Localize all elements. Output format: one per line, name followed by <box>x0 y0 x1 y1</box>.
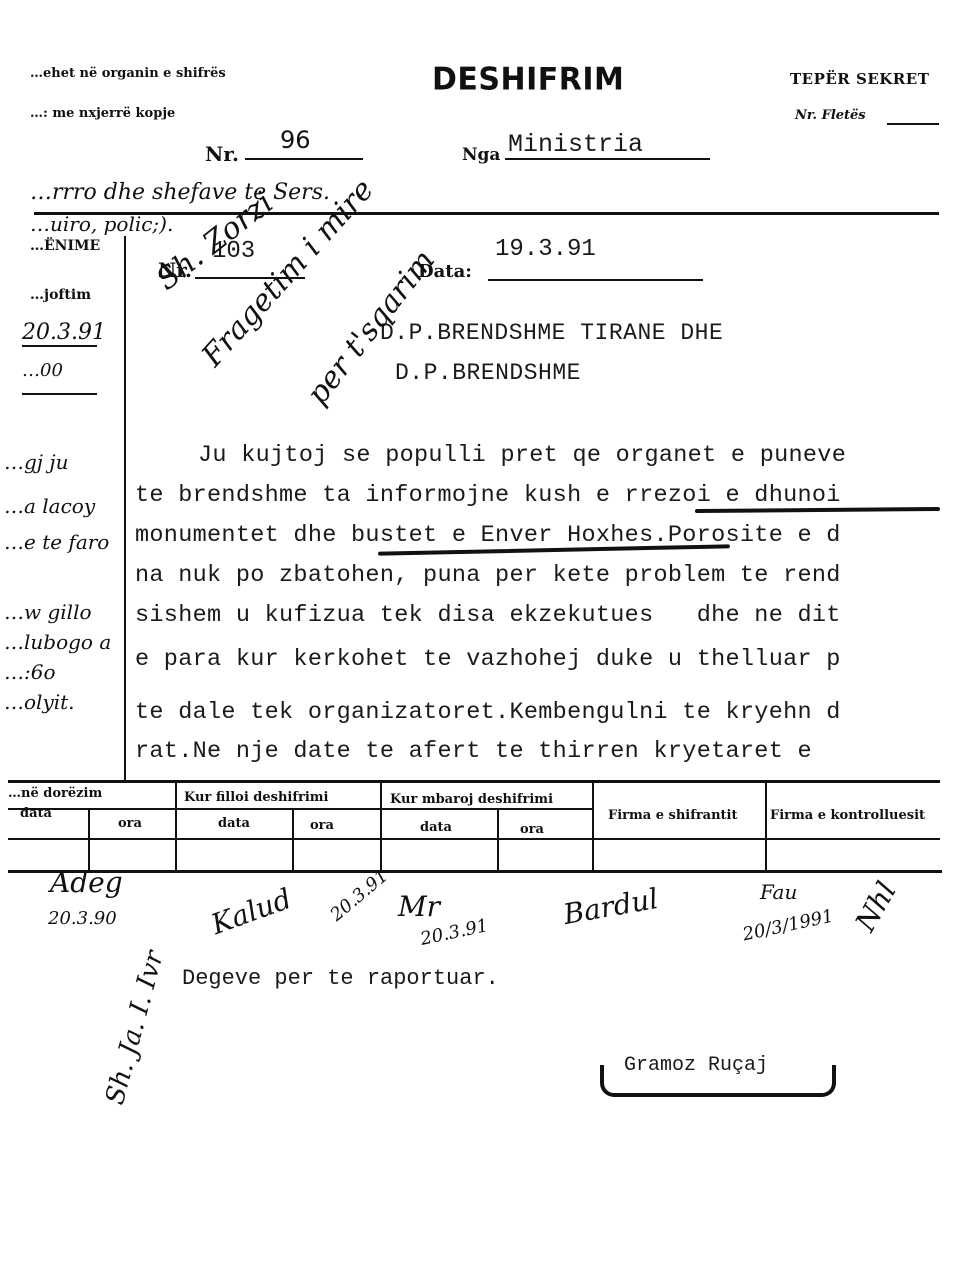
table-col-divider <box>765 782 767 872</box>
table-subheader-date: data <box>218 816 250 831</box>
body-line: e para kur kerkohet te vazhohej duke u t… <box>135 646 841 673</box>
notification-time: …00 <box>22 360 63 381</box>
left-panel-divider <box>124 236 126 780</box>
message-date-value: 19.3.91 <box>495 236 596 263</box>
table-header-end: Kur mbaroj deshifrimi <box>390 792 553 807</box>
margin-note: …gj ju <box>4 450 68 474</box>
margin-note: …lubogo a <box>4 630 111 654</box>
outer-number-underline <box>245 158 363 160</box>
handwritten-signoff: Sh. Ja. I. Ivr <box>100 948 170 1108</box>
table-subheader-date: data <box>420 820 452 835</box>
recipient-line-1: D.P.BRENDSHME TIRANE DHE <box>380 320 723 346</box>
body-line: na nuk po zbatohen, puna per kete proble… <box>135 562 841 589</box>
table-col-divider <box>175 782 177 872</box>
message-date-underline <box>488 279 703 281</box>
body-line: te dale tek organizatoret.Kembengulni te… <box>135 699 841 726</box>
signature-1: Adeg <box>50 866 123 899</box>
notification-time-underline <box>22 393 97 395</box>
margin-note: …a lacoy <box>4 494 95 518</box>
table-header-border <box>8 838 940 840</box>
signature-6: Nhl <box>849 876 903 937</box>
notification-date: 20.3.91 <box>22 320 106 345</box>
from-value: Ministria <box>508 130 643 159</box>
handwritten-underline-1 <box>695 507 940 513</box>
table-col-divider <box>497 808 499 872</box>
notification-label: …joftim <box>30 287 91 303</box>
instruction-line-1: …ehet në organin e shifrës <box>30 66 226 81</box>
handwritten-note-top-1: …rrro dhe shefave te Sers. <box>30 180 330 205</box>
margin-note: …:6o <box>4 660 56 684</box>
instruction-line-2: …: me nxjerrë kopje <box>30 106 175 121</box>
margin-note: …e te faro <box>4 530 109 554</box>
outer-number-value: 96 <box>280 126 311 154</box>
margin-note: …olyit. <box>4 690 75 714</box>
table-col-divider <box>88 808 90 872</box>
table-subheader-time: ora <box>118 816 142 831</box>
table-top-border <box>8 780 940 783</box>
body-line: te brendshme ta informojne kush e rrezoi… <box>135 482 841 509</box>
table-bottom-border <box>8 870 942 873</box>
signature-5: Fau <box>760 880 797 904</box>
handwritten-note-top-2: …uiro, polic;). <box>30 212 173 236</box>
table-col-divider <box>592 782 594 872</box>
table-header-start: Kur filloi deshifrimi <box>184 790 328 805</box>
body-line: sishem u kufizua tek disa ekzekutues dhe… <box>135 602 841 629</box>
table-col-divider <box>380 782 382 872</box>
signature-5-date: 20/3/1991 <box>741 906 836 946</box>
table-header-cipher-signature: Firma e shifrantit <box>608 808 738 823</box>
table-col-divider <box>292 808 294 872</box>
outer-number-label: Nr. <box>205 142 239 166</box>
body-line: monumentet dhe bustet e Enver Hoxhes.Por… <box>135 522 841 549</box>
signature-1-date: 20.3.90 <box>48 908 117 929</box>
table-header-delivery: …në dorëzim <box>8 786 102 801</box>
classification-label: TEPËR SEKRET <box>790 70 929 88</box>
body-line: rat.Ne nje date te afert te thirren krye… <box>135 738 812 765</box>
margin-note: …w gillo <box>4 600 92 624</box>
table-subheader-time: ora <box>310 818 334 833</box>
signature-4: Bardul <box>561 882 661 931</box>
body-line: Ju kujtoj se populli pret qe organet e p… <box>198 442 846 469</box>
table-subheader-border <box>8 808 593 810</box>
sheet-number-label: Nr. Fletës <box>795 108 866 123</box>
from-underline <box>505 158 710 160</box>
from-label: Nga <box>462 145 500 165</box>
notification-date-underline <box>22 345 97 347</box>
sheet-number-field <box>887 123 939 125</box>
recipient-line-2: D.P.BRENDSHME <box>395 360 581 386</box>
table-subheader-time: ora <box>520 822 544 837</box>
left-panel-heading: …ËNIME <box>30 238 100 254</box>
signature-3: Mr <box>398 890 440 923</box>
table-subheader-date: data <box>20 806 52 821</box>
table-header-controller-signature: Firma e kontrolluesit <box>770 808 925 823</box>
signer-bracket-mark <box>600 1065 836 1097</box>
signature-2: Kalud <box>207 882 296 941</box>
footer-note: Degeve per te raportuar. <box>182 966 499 991</box>
signature-2-date: 20.3.91 <box>326 865 392 925</box>
document-title: DESHIFRIM <box>432 61 624 98</box>
